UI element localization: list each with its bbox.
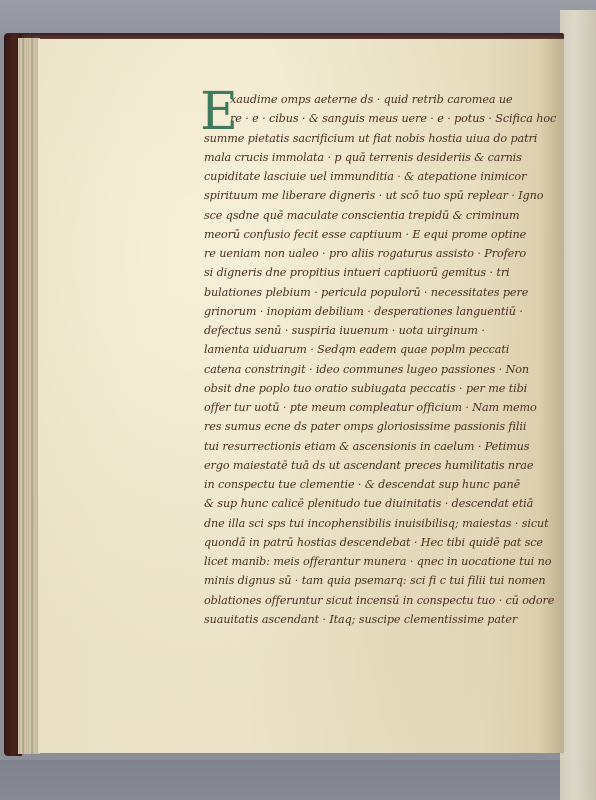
page-gutter-shadow: [540, 39, 564, 753]
text-line: cupiditate lasciuie uel immunditia · & a…: [204, 167, 536, 186]
text-line: ergo maiestatē tuā ds ut ascendant prece…: [204, 456, 536, 475]
text-line: spirituum me liberare digneris · ut scō …: [204, 186, 536, 205]
text-line: oblationes offeruntur sicut incensū in c…: [204, 591, 536, 610]
text-line: in conspectu tue clementie · & descendat…: [204, 475, 536, 494]
text-line: suauitatis ascendant · Itaq; suscipe cle…: [204, 610, 536, 629]
text-line: licet manib: meis offerantur munera · qn…: [204, 552, 536, 571]
text-line: offer tur uotū · pte meum compleatur off…: [204, 398, 536, 417]
text-line: meorū confusio fecit esse captiuum · E e…: [204, 225, 536, 244]
text-line: catena constringit · ideo communes lugeo…: [204, 360, 536, 379]
text-line: re ueniam non ualeo · pro aliis rogaturu…: [204, 244, 536, 263]
text-line: lamenta uiduarum · Sedqm eadem quae popl…: [204, 340, 536, 359]
text-line: minis dignus sū · tam quia psemarq: sci …: [204, 571, 536, 590]
text-line: si digneris dne propitius intueri captiu…: [204, 263, 536, 282]
facing-leaf-edge: [560, 10, 596, 800]
text-line: grinorum · inopiam debilium · desperatio…: [204, 302, 536, 321]
text-line: bulationes plebium · pericula populorū ·…: [204, 283, 536, 302]
text-line: tui resurrectionis etiam & ascensionis i…: [204, 437, 536, 456]
text-line: obsit dne poplo tuo oratio subiugata pec…: [204, 379, 536, 398]
text-line: re · e · cibus · & sanguis meus uere · e…: [204, 109, 536, 128]
text-line: res sumus ecne ds pater omps gloriosissi…: [204, 417, 536, 436]
background-bottom: [0, 760, 596, 800]
text-line: xaudime omps aeterne ds · quid retrib ca…: [204, 90, 536, 109]
text-line: defectus senū · suspiria iuuenum · uota …: [204, 321, 536, 340]
manuscript-text-block: E xaudime omps aeterne ds · quid retrib …: [204, 90, 536, 629]
text-line: mala crucis immolata · p quā terrenis de…: [204, 148, 536, 167]
page-stack-edge: [18, 38, 40, 754]
text-line: summe pietatis sacrificium ut fiat nobis…: [204, 129, 536, 148]
decorated-initial: E: [200, 86, 238, 138]
text-line: & sup hunc calicē plenitudo tue diuinita…: [204, 494, 536, 513]
text-line: sce qsdne quē maculate conscientia trepi…: [204, 206, 536, 225]
text-line: dne illa sci sps tui incophensibilis inu…: [204, 514, 536, 533]
text-line: quondā in patrū hostias descendebat · He…: [204, 533, 536, 552]
